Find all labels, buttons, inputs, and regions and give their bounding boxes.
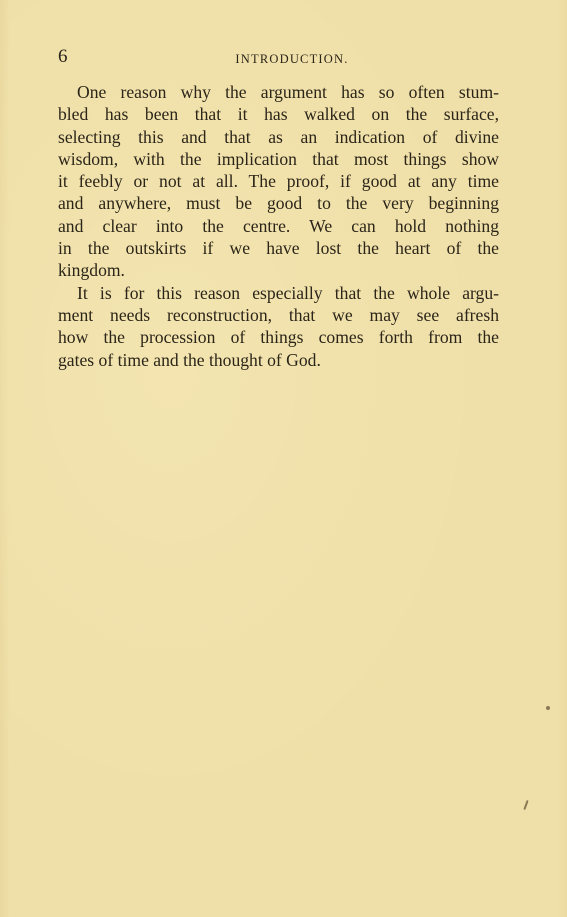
text-line: bled has been that it has walked on the … <box>58 103 499 125</box>
paper-speck <box>546 706 550 710</box>
body-text: One reason why the argument has so often… <box>58 81 499 371</box>
text-line: ment needs reconstruction, that we may s… <box>58 304 499 326</box>
text-line: how the procession of things comes forth… <box>58 326 499 348</box>
text-line: It is for this reason especially that th… <box>58 282 499 304</box>
text-line: it feebly or not at all. The proof, if g… <box>58 170 499 192</box>
text-line: One reason why the argument has so often… <box>58 81 499 103</box>
paragraph-2: It is for this reason especially that th… <box>58 282 499 371</box>
text-line: in the outskirts if we have lost the hea… <box>58 237 499 259</box>
text-line: kingdom. <box>58 259 499 281</box>
paragraph-1: One reason why the argument has so often… <box>58 81 499 282</box>
text-line: and anywhere, must be good to the very b… <box>58 192 499 214</box>
book-page: 6 INTRODUCTION. One reason why the argum… <box>0 0 567 917</box>
paper-speck <box>523 800 528 810</box>
text-line: and clear into the centre. We can hold n… <box>58 215 499 237</box>
page-header: 6 INTRODUCTION. <box>58 49 508 69</box>
text-line: gates of time and the thought of God. <box>58 349 499 371</box>
running-head: INTRODUCTION. <box>58 51 508 67</box>
text-line: wisdom, with the implication that most t… <box>58 148 499 170</box>
text-line: selecting this and that as an indication… <box>58 126 499 148</box>
